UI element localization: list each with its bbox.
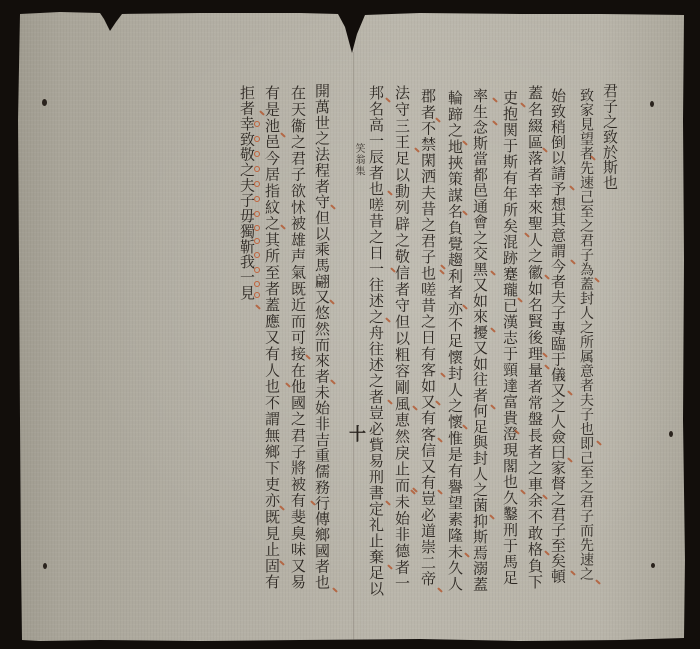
text-column: 率生念斯當都邑通會之交黑又如來擾又如往者何足與封人之菌抑斯焉溺蓋 (471, 88, 489, 592)
text-column: 致家見望者先速己至之君子為蓋封人之所属意者夫子也即己至之君子而先速之 (577, 88, 595, 581)
red-emphasis-circle (254, 151, 260, 157)
red-emphasis-circle (254, 238, 260, 244)
text-column: 邦名高一辰者也嗟昔之日一往述之舟往述之者豈必貲易刑書定礼止棄足以 (367, 85, 385, 597)
text-column: 有是池邑今居指紋之其所至者蓋應又有人也不謂無鄉下吏亦既見止固有 (263, 85, 281, 590)
text-column: 開萬世之法程者守但以乘馬翩又悠然而來者未始非吉重儒務行傳鄉國者也 (313, 83, 331, 590)
worm-hole (42, 99, 47, 106)
red-emphasis-circle (254, 267, 260, 273)
text-column: 在天衞之君子欲怵被雄声氣既近而可接在他國之君子將被有斐臭味又易 (289, 85, 307, 590)
manuscript-paper (0, 0, 700, 649)
text-column: 法守三王足以動列辟之敬信者守但以粗容剛風恵然戾止而未始非德者一 (393, 85, 411, 592)
text-column: 吏抱関于斯有年所矣混跡蹇瓏已漢志于頸達富貴澄現閣也久鑿刑于馬足 (501, 90, 519, 586)
paper-fold-line (353, 52, 354, 640)
worm-hole (43, 563, 47, 569)
red-emphasis-circle (254, 252, 260, 258)
red-emphasis-circle (254, 281, 260, 287)
text-column-title: 君子之致於斯也 (601, 83, 619, 190)
red-emphasis-circle (254, 225, 260, 231)
text-column: 郡者不禁閑洒夫昔之君子也嗟昔之日有客如又有客信又有豈必道崇二帝 (419, 88, 437, 587)
fold-mark: 十 (349, 427, 366, 444)
red-emphasis-circle (254, 292, 260, 298)
text-column: 輪蹄之地挾策謀名負覺趨利者亦不足懷封人之懷惟是有譽望素隆未久人 (446, 90, 464, 592)
red-emphasis-circle (254, 136, 260, 142)
photo-background: 君子之致於斯也 致家見望者先速己至之君子為蓋封人之所属意者夫子也即己至之君子而先… (0, 0, 700, 649)
red-emphasis-circle (254, 166, 260, 172)
red-emphasis-circle (254, 196, 260, 202)
red-emphasis-circle (254, 211, 260, 217)
side-note: 笑翁集 (352, 143, 364, 177)
worm-hole (651, 563, 655, 568)
text-column: 始致稍倒以請予想其意謂今者夫子專臨于儀又之人僉曰家督之君子至矣頓 (549, 88, 567, 584)
text-column: 蓋名綴區落者幸來聖人之徽如名賢後理量者常盤長者之車余不敢格負下 (526, 85, 544, 590)
red-emphasis-circle (254, 181, 260, 187)
red-emphasis-circle (254, 121, 260, 127)
worm-hole (650, 101, 654, 107)
worm-hole (669, 431, 673, 437)
